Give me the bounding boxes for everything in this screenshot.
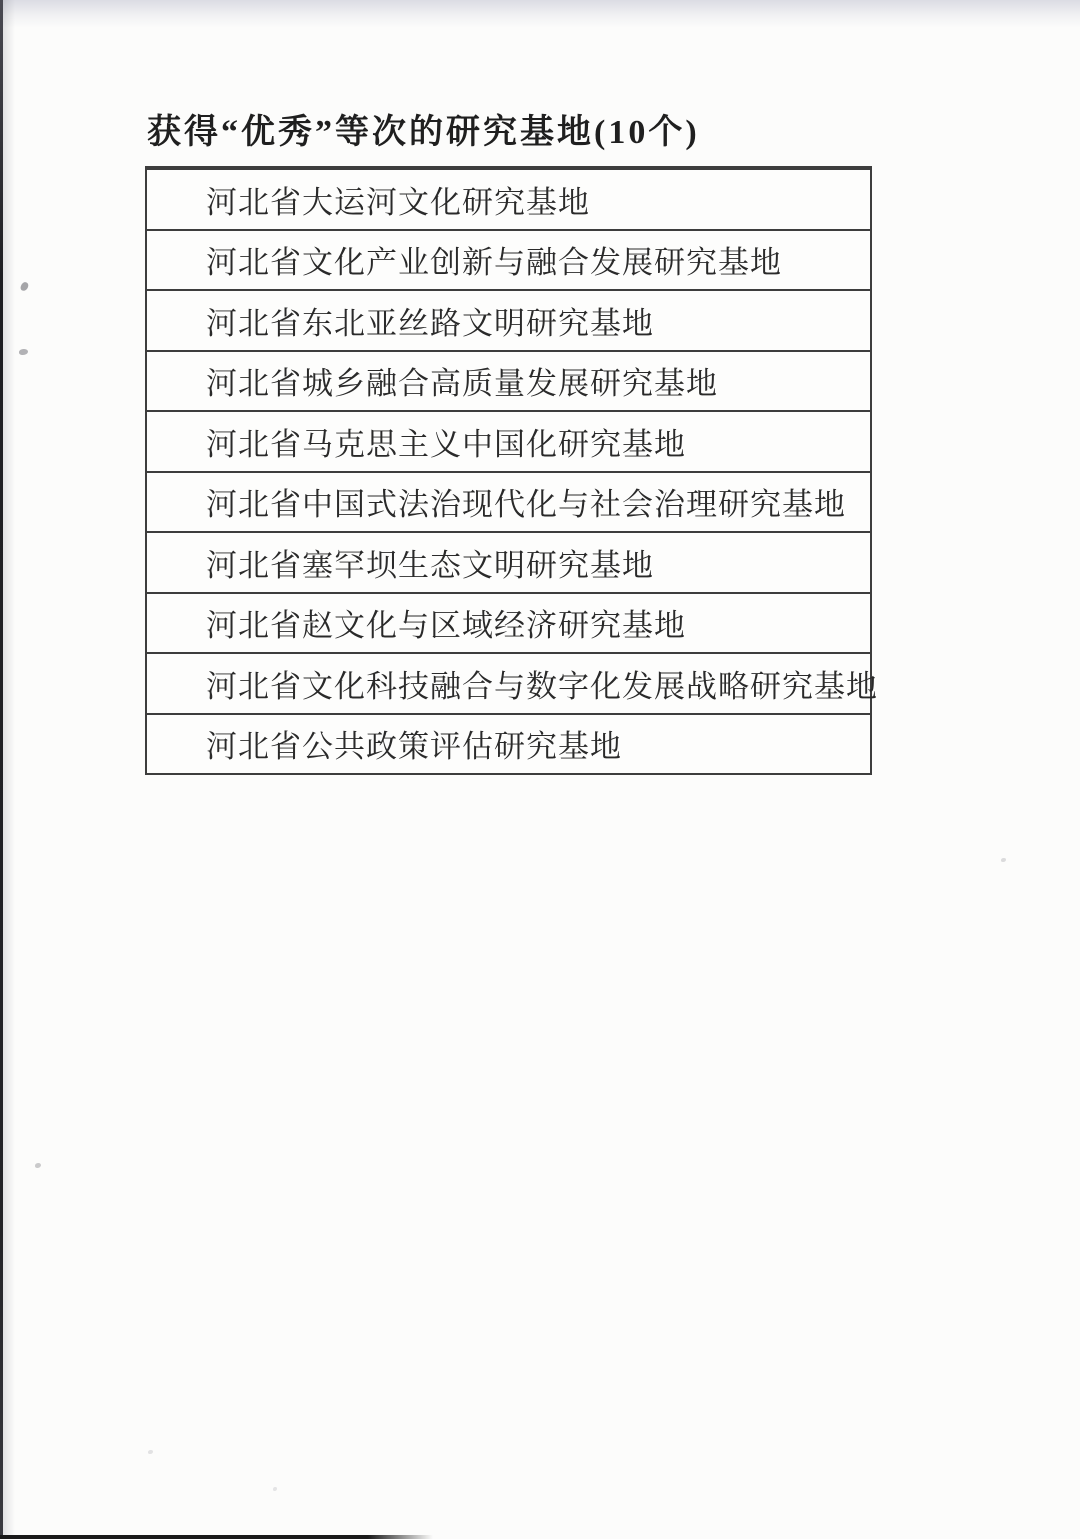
scan-artifact-top-band — [0, 0, 1080, 28]
research-base-name: 河北省文化产业创新与融合发展研究基地 — [206, 237, 782, 282]
table-row: 河北省马克思主义中国化研究基地 — [147, 410, 870, 471]
table-row: 河北省公共政策评估研究基地 — [147, 713, 870, 774]
table-row: 河北省城乡融合高质量发展研究基地 — [147, 350, 870, 411]
research-base-name: 河北省马克思主义中国化研究基地 — [206, 419, 686, 464]
research-base-name: 河北省城乡融合高质量发展研究基地 — [206, 358, 718, 403]
scan-speck — [20, 281, 30, 292]
page-title: 获得“优秀”等次的研究基地(10个) — [147, 110, 700, 156]
table-row: 河北省赵文化与区域经济研究基地 — [147, 592, 870, 653]
document-page: 获得“优秀”等次的研究基地(10个) 河北省大运河文化研究基地 河北省文化产业创… — [0, 0, 1080, 1539]
table-row: 河北省中国式法治现代化与社会治理研究基地 — [147, 471, 870, 532]
scan-speck — [35, 1163, 41, 1168]
table-row: 河北省东北亚丝路文明研究基地 — [147, 289, 870, 350]
research-base-name: 河北省东北亚丝路文明研究基地 — [206, 298, 654, 343]
scan-artifact-left-shadow — [3, 0, 15, 1539]
scan-speck — [19, 349, 28, 355]
scan-speck — [273, 1487, 277, 1491]
table-row: 河北省文化科技融合与数字化发展战略研究基地 — [147, 652, 870, 713]
scan-speck — [148, 1450, 153, 1454]
scan-speck — [1001, 858, 1006, 862]
research-base-name: 河北省塞罕坝生态文明研究基地 — [206, 540, 654, 585]
table-row: 河北省大运河文化研究基地 — [147, 168, 870, 229]
research-base-name: 河北省文化科技融合与数字化发展战略研究基地 — [206, 661, 878, 706]
research-base-table: 河北省大运河文化研究基地 河北省文化产业创新与融合发展研究基地 河北省东北亚丝路… — [145, 166, 872, 775]
table-row: 河北省塞罕坝生态文明研究基地 — [147, 531, 870, 592]
research-base-name: 河北省大运河文化研究基地 — [206, 177, 590, 222]
table-row: 河北省文化产业创新与融合发展研究基地 — [147, 229, 870, 290]
research-base-name: 河北省赵文化与区域经济研究基地 — [206, 600, 686, 645]
research-base-name: 河北省中国式法治现代化与社会治理研究基地 — [206, 479, 846, 524]
research-base-name: 河北省公共政策评估研究基地 — [206, 721, 622, 766]
scan-artifact-bottom-edge — [0, 1535, 433, 1539]
